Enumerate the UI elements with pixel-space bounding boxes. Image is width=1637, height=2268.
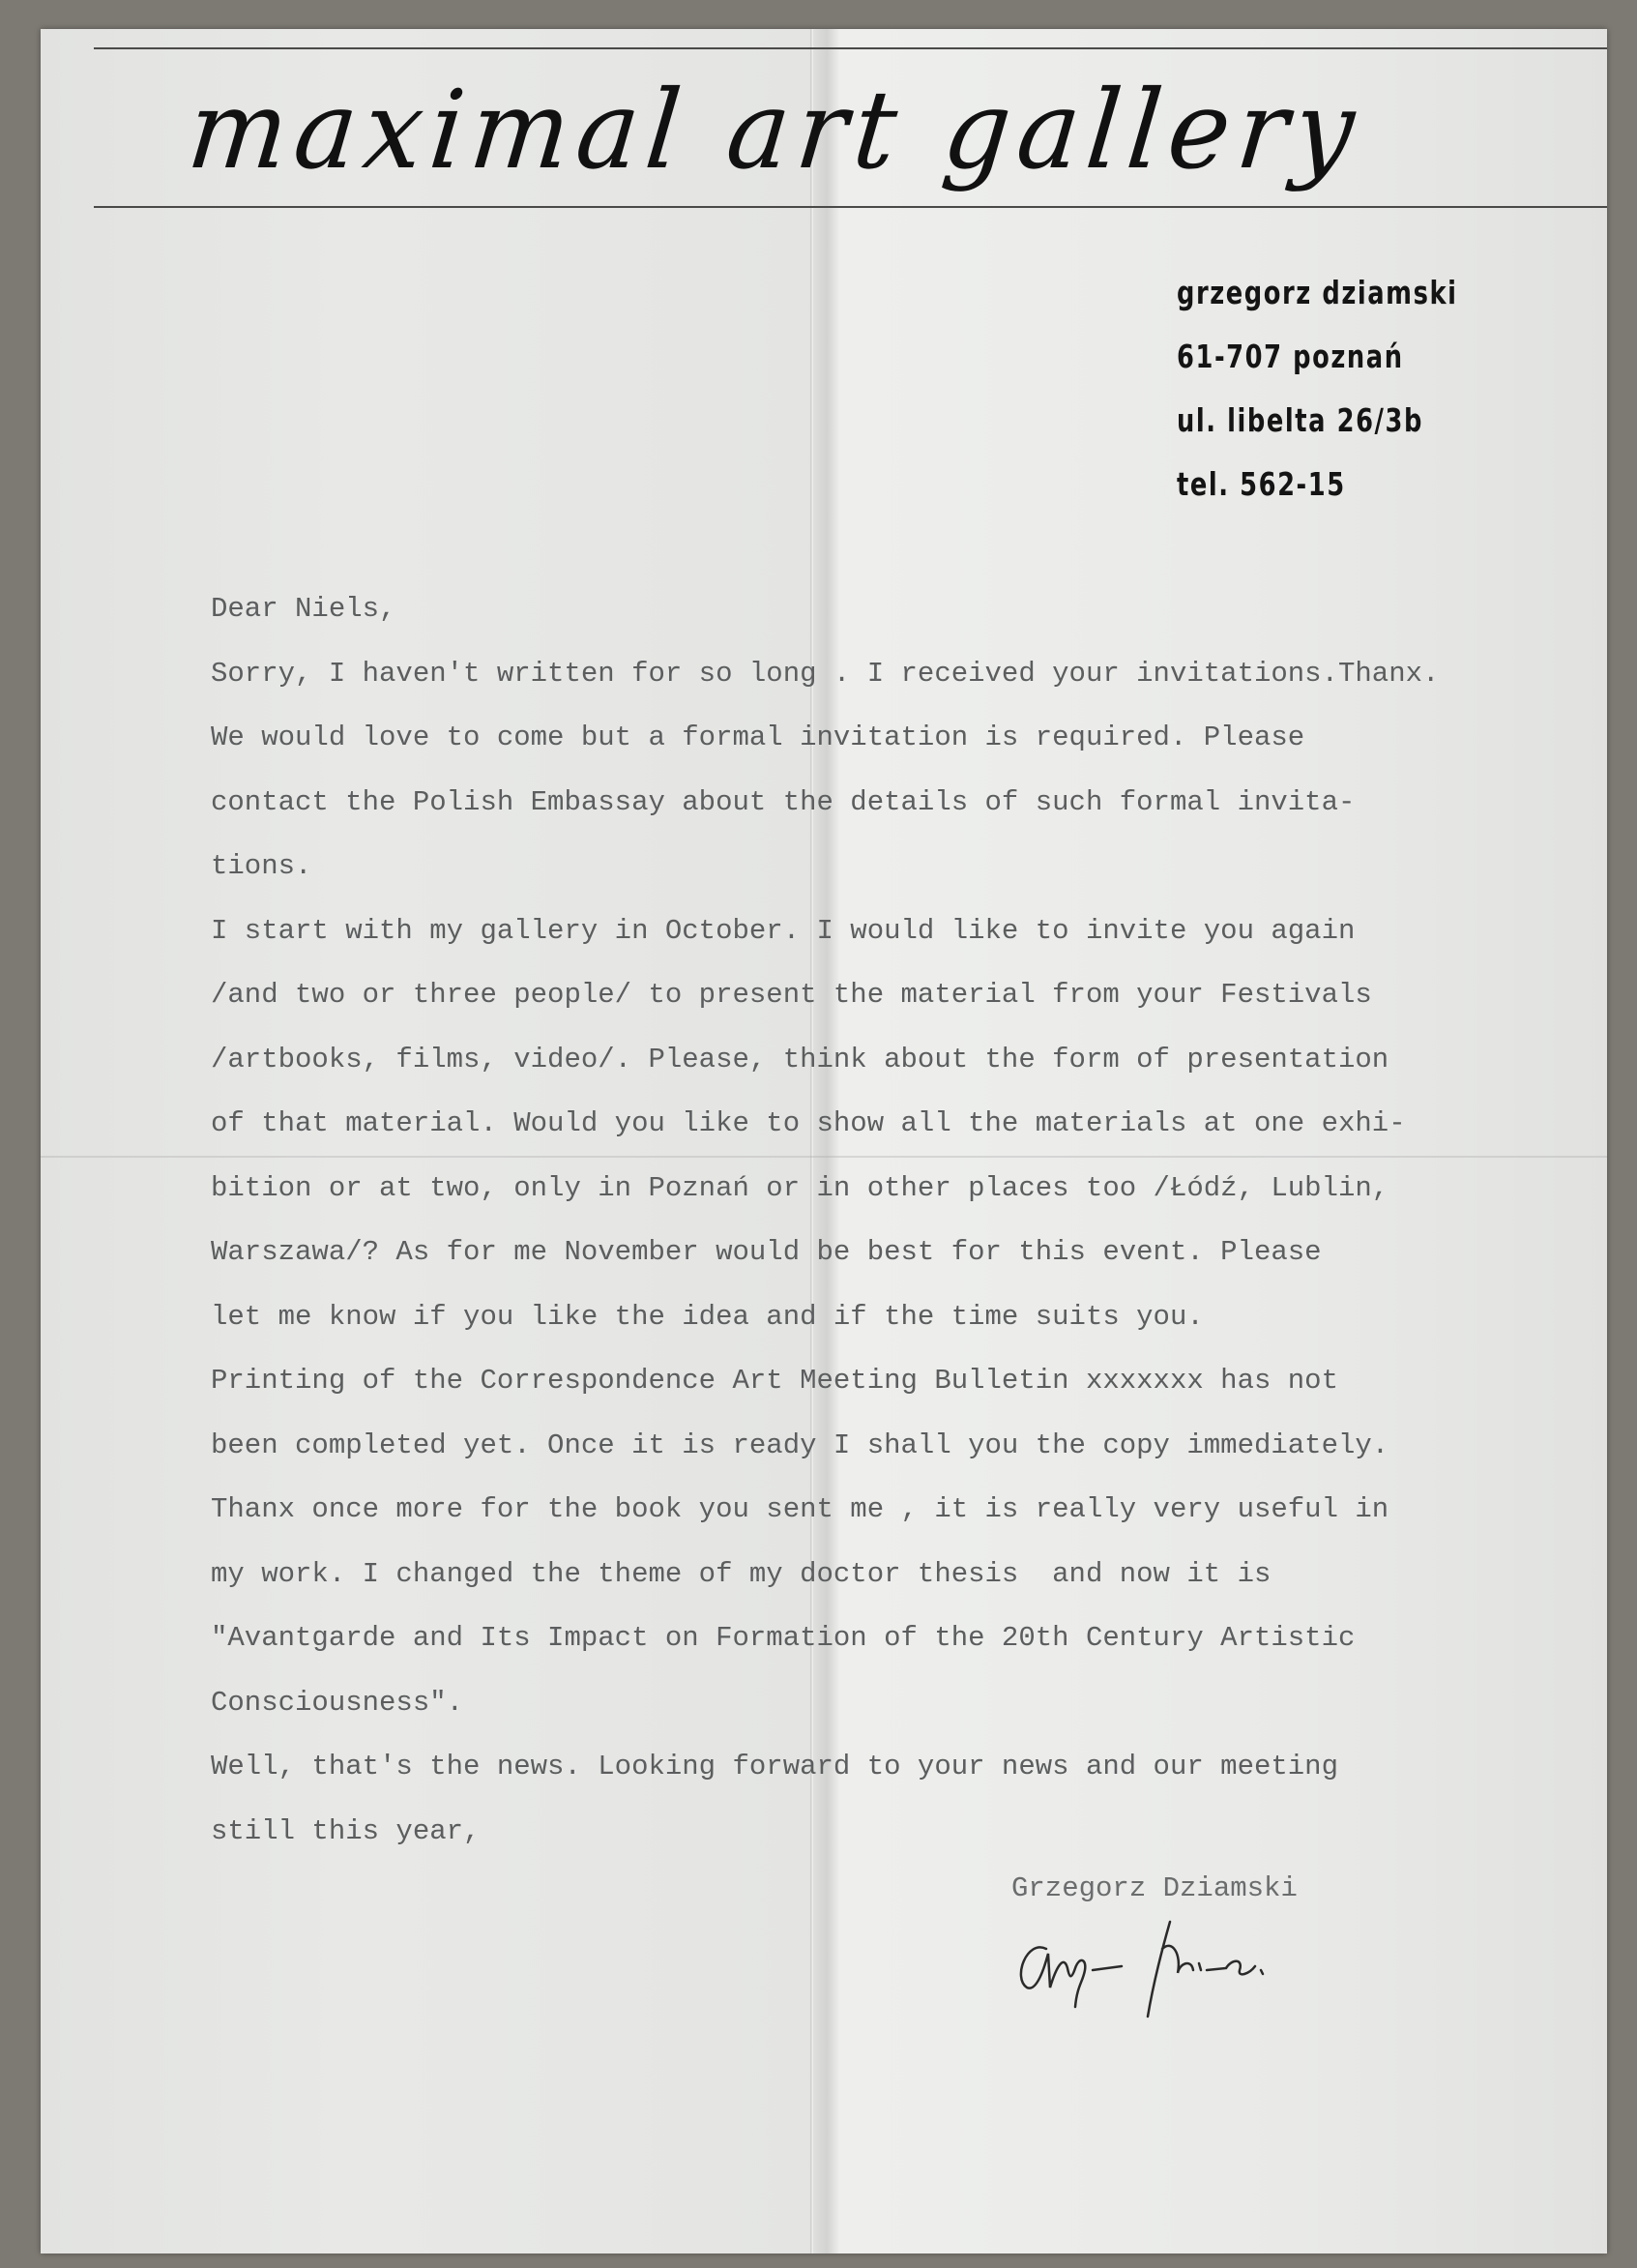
- body-line: still this year,: [211, 1800, 1613, 1865]
- letter-sheet: maximal art gallery grzegorz dziamski 61…: [41, 29, 1607, 2253]
- body-line: Sorry, I haven't written for so long . I…: [211, 642, 1613, 707]
- letter-body: Dear Niels, Sorry, I haven't written for…: [211, 577, 1613, 1864]
- body-line: /and two or three people/ to present the…: [211, 963, 1613, 1028]
- body-line: tions.: [211, 835, 1613, 899]
- letterhead-bottom-rule: [94, 206, 1607, 208]
- typed-signatory-name: Grzegorz Dziamski: [1011, 1872, 1298, 1904]
- body-line: Well, that's the news. Looking forward t…: [211, 1735, 1613, 1800]
- body-line: of that material. Would you like to show…: [211, 1092, 1613, 1157]
- sender-address-block: grzegorz dziamski 61-707 poznań ul. libe…: [1177, 261, 1458, 516]
- salutation: Dear Niels,: [211, 577, 1613, 642]
- body-line: Consciousness".: [211, 1671, 1613, 1736]
- body-line: /artbooks, films, video/. Please, think …: [211, 1028, 1613, 1093]
- letterhead-title: maximal art gallery: [183, 68, 1495, 193]
- body-line: We would love to come but a formal invit…: [211, 706, 1613, 771]
- sender-name: grzegorz dziamski: [1177, 261, 1458, 325]
- handwritten-signature-icon: [1008, 1910, 1414, 2026]
- sender-postal-city: 61-707 poznań: [1177, 325, 1458, 389]
- body-line: Printing of the Correspondence Art Meeti…: [211, 1349, 1613, 1414]
- body-line: I start with my gallery in October. I wo…: [211, 899, 1613, 964]
- letterhead-top-rule: [94, 47, 1607, 49]
- body-line: "Avantgarde and Its Impact on Formation …: [211, 1606, 1613, 1671]
- body-line: contact the Polish Embassay about the de…: [211, 771, 1613, 836]
- body-line: bition or at two, only in Poznań or in o…: [211, 1157, 1613, 1222]
- sender-street: ul. libelta 26/3b: [1177, 389, 1458, 453]
- body-line: my work. I changed the theme of my docto…: [211, 1543, 1613, 1607]
- body-line: Thanx once more for the book you sent me…: [211, 1478, 1613, 1543]
- body-line: Warszawa/? As for me November would be b…: [211, 1221, 1613, 1285]
- sender-phone: tel. 562-15: [1177, 453, 1458, 516]
- body-line: let me know if you like the idea and if …: [211, 1285, 1613, 1350]
- body-line: been completed yet. Once it is ready I s…: [211, 1414, 1613, 1479]
